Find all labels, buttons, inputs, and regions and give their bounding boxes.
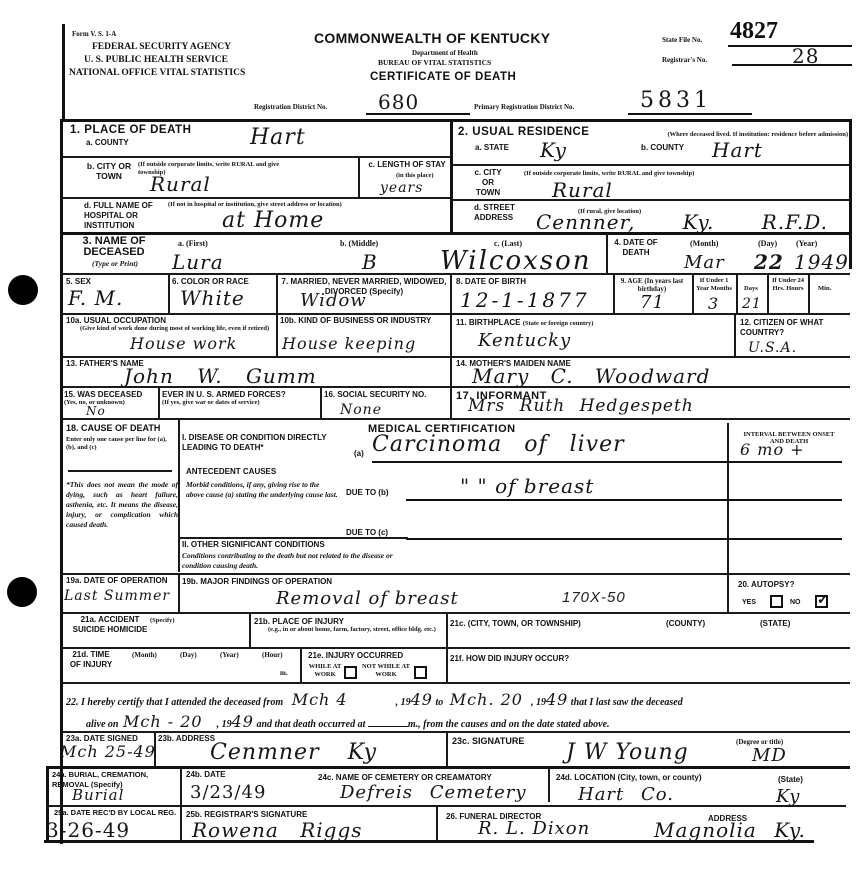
divider [808, 273, 810, 314]
burial-value: Burial [72, 786, 124, 804]
divider [62, 731, 850, 733]
operation-findings-value: Removal of breast [276, 588, 459, 609]
divider [300, 647, 302, 682]
ur-state-value: Ky [540, 138, 567, 162]
funeral-address-value: Magnolia Ky. [654, 818, 806, 842]
certify-text-4: , 19 [531, 697, 546, 708]
injury-county-label: (COUNTY) [666, 619, 705, 629]
form-left-border [60, 119, 63, 844]
antecedent-label: ANTECEDENT CAUSES [186, 467, 276, 477]
minutes-label: Min. [818, 285, 831, 293]
divider [178, 537, 408, 539]
certify-text-2: , 19 [396, 697, 411, 708]
form-number: Form V. S. 1-A [72, 30, 116, 38]
agency-line-2: U. S. PUBLIC HEALTH SERVICE [84, 55, 228, 65]
informant-value: Mrs Ruth Hedgespeth [468, 396, 694, 416]
physician-signature[interactable]: J W Young [566, 740, 689, 765]
birthplace-label-text: 11. BIRTHPLACE [456, 318, 520, 327]
divider [358, 156, 360, 198]
ur-city-label: c. CITY OR TOWN [470, 168, 506, 198]
not-while-at-work-checkbox[interactable] [414, 666, 427, 679]
attended-from-value: Mch 4 [292, 690, 348, 709]
divider [450, 273, 452, 418]
attended-to-value: Mch. 20 [450, 690, 523, 709]
pod-hospital-label: d. FULL NAME OF HOSPITAL OR INSTITUTION [84, 201, 166, 231]
cemetery-value: Defreis Cemetery [340, 782, 527, 803]
father-value: John W. Gumm [124, 364, 317, 388]
pod-city-label: b. CITY OR TOWN [84, 161, 134, 181]
department-name: Department of Health [412, 49, 478, 57]
divider [548, 766, 550, 802]
ssn-label: 16. SOCIAL SECURITY NO. [324, 390, 446, 400]
cause-a-label: (a) [354, 449, 364, 459]
business-label: 10b. KIND OF BUSINESS OR INDUSTRY [280, 316, 446, 326]
birthplace-label: 11. BIRTHPLACE (State or foreign country… [456, 318, 593, 328]
autopsy-yes-checkbox[interactable] [770, 595, 783, 608]
pod-stay-label: c. LENGTH OF STAY [366, 160, 448, 170]
injury-city-label: 21c. (CITY, TOWN, OR TOWNSHIP) [450, 619, 581, 629]
address-label: 23b. ADDRESS [158, 734, 215, 744]
state-file-number: 4827 [730, 18, 778, 45]
ur-street-value: Cennner, Ky. R.F.D. [536, 210, 828, 234]
injury-state-label: (STATE) [760, 619, 790, 629]
injury-month-label: (Month) [132, 651, 157, 659]
address-value: Cenmner Ky [210, 740, 377, 765]
divider [734, 313, 736, 357]
divider [62, 647, 850, 649]
months-value: 3 [708, 294, 719, 313]
location-value: Hart Co. [578, 784, 674, 805]
divider [249, 612, 251, 648]
armed-note-2: (If yes, give war or dates of service) [162, 399, 260, 407]
autopsy-no-label: NO [790, 598, 801, 608]
divider [62, 418, 850, 420]
ssn-value: None [340, 402, 382, 418]
occupation-value: House work [130, 334, 237, 353]
dob-value: 12-1-1877 [460, 288, 590, 312]
date-received-label: 25a. DATE REC'D BY LOCAL REG. [54, 808, 178, 818]
how-injury-label: 21f. HOW DID INJURY OCCUR? [450, 654, 569, 664]
pod-county-value: Hart [250, 125, 306, 150]
primary-district-line [628, 113, 752, 115]
divider [62, 356, 850, 358]
months-label: If Under 1 Year Months [694, 277, 734, 293]
name-first-value: Lura [172, 250, 224, 274]
divider [62, 573, 850, 575]
name-first-label: a. (First) [178, 240, 208, 248]
registrar-no-line [732, 64, 852, 66]
autopsy-yes-label: YES [742, 598, 756, 608]
dod-year-value: 1949 [794, 250, 849, 274]
accident-specify: (Specify) [150, 617, 175, 625]
divider [46, 766, 850, 769]
primary-district-value: 5831 [640, 88, 712, 113]
divider [727, 423, 729, 613]
cause-c-line [406, 538, 842, 540]
divider [62, 682, 850, 684]
name-type-note: (Type or Print) [92, 259, 138, 268]
form-right-border [849, 119, 852, 269]
certify-text-6: alive on [86, 719, 119, 730]
mother-value: Mary C. Woodward [472, 364, 710, 388]
punch-hole-bottom [7, 577, 37, 607]
name-middle-value: B [362, 250, 378, 274]
ur-street-label: d. STREET ADDRESS [474, 203, 524, 223]
cause-a-value: Carcinoma of liver [372, 432, 625, 457]
cause-b-line [406, 499, 842, 501]
cause-note-rule [68, 470, 172, 472]
degree-value: MD [752, 745, 787, 766]
alive-on-year: 49 [232, 712, 254, 731]
injury-m-label: m. [280, 669, 288, 677]
certificate-title: CERTIFICATE OF DEATH [370, 71, 516, 83]
certify-text-7: , 19 [217, 719, 232, 730]
dod-label: 4. DATE OF DEATH [614, 238, 658, 258]
divider [178, 573, 180, 613]
divider [154, 731, 156, 767]
certify-line-2: alive on Mch - 20, 1949 and that death o… [86, 712, 610, 731]
ur-county-label: b. COUNTY [641, 143, 684, 153]
agency-line-1: FEDERAL SECURITY AGENCY [92, 42, 231, 52]
injury-occurred-label: 21e. INJURY OCCURRED [308, 651, 403, 661]
while-at-work-checkbox[interactable] [344, 666, 357, 679]
agency-line-3: NATIONAL OFFICE VITAL STATISTICS [69, 68, 245, 78]
dod-day-label: (Day) [758, 240, 777, 248]
date-received-value: 3-26-49 [46, 818, 130, 842]
form-top-border [60, 119, 850, 122]
divider [62, 197, 450, 199]
cause-a-line [372, 461, 842, 463]
while-at-work-label: WHILE AT WORK [306, 663, 344, 679]
autopsy-no-checkbox[interactable]: ✓ [815, 595, 828, 608]
divider [180, 766, 182, 842]
certify-text-9: m., from the causes and on the date stat… [408, 719, 610, 730]
days-value: 21 [742, 296, 762, 312]
other-conditions-label: II. OTHER SIGNIFICANT CONDITIONS [182, 540, 325, 550]
divider [446, 731, 448, 767]
operation-findings-note: 170X-50 [562, 589, 626, 606]
divider [452, 199, 849, 201]
direct-cause-label: I. DISEASE OR CONDITION DIRECTLY LEADING… [182, 433, 342, 453]
ur-city-note: (If outside corporate limits, write RURA… [524, 170, 694, 178]
cause-b-value: " " of breast [460, 474, 594, 498]
hours-label: If Under 24 Hrs. Hours [770, 277, 806, 293]
primary-district-label: Primary Registration District No. [474, 103, 574, 111]
registrar-no-label: Registrar's No. [662, 56, 707, 64]
pod-county-label: a. COUNTY [86, 138, 129, 148]
citizen-label: 12. CITIZEN OF WHAT COUNTRY? [740, 318, 844, 338]
injury-day-label: (Day) [180, 651, 197, 659]
divider [767, 273, 769, 314]
burial-date-value: 3/23/49 [190, 782, 266, 803]
cause-footnote: *This does not mean the mode of dying, s… [66, 480, 178, 530]
place-of-injury-note: (e.g., in or about home, farm, factory, … [268, 626, 448, 634]
time-of-injury-label: 21d. TIME OF INJURY [68, 650, 114, 670]
location-label: 24d. LOCATION (City, town, or county) [556, 773, 701, 783]
sex-value: F. M. [68, 286, 123, 310]
ur-county-value: Hart [712, 138, 763, 162]
divider [158, 386, 160, 418]
registration-district-line [366, 113, 470, 115]
usual-residence-title: 2. USUAL RESIDENCE [458, 126, 589, 138]
injury-year-label: (Year) [220, 651, 239, 659]
funeral-director-value: R. L. Dixon [478, 818, 590, 839]
citizen-value: U.S.A. [748, 340, 797, 356]
header-left-border [62, 24, 65, 120]
dob-label: 8. DATE OF BIRTH [456, 277, 526, 287]
cause-of-death-label: 18. CAUSE OF DEATH [66, 423, 160, 433]
pod-hospital-value: at Home [222, 208, 324, 233]
antecedent-note: Morbid conditions, if any, giving rise t… [186, 480, 338, 500]
not-while-at-work-label: NOT WHILE AT WORK [360, 663, 412, 679]
registrar-signature-value: Rowena Riggs [192, 818, 363, 842]
punch-hole-top [8, 275, 38, 305]
divider [62, 273, 850, 275]
dod-year-label: (Year) [796, 240, 817, 248]
operation-date-label: 19a. DATE OF OPERATION [66, 576, 176, 586]
divider [62, 313, 850, 315]
certify-text-1: 22. I hereby certify that I attended the… [66, 697, 283, 708]
registration-district-label: Registration District No. [254, 103, 327, 111]
ur-state-label: a. STATE [475, 143, 509, 153]
place-of-death-title: 1. PLACE OF DEATH [70, 124, 191, 136]
accident-label: 21a. ACCIDENT SUICIDE HOMICIDE [70, 615, 150, 635]
signature-label: 23c. SIGNATURE [452, 736, 524, 746]
divider [178, 418, 180, 572]
interval-value: 6 mo + [740, 440, 805, 459]
occupation-note: (Give kind of work done during most of w… [80, 325, 274, 333]
check-mark-icon: ✓ [817, 591, 829, 608]
birthplace-note: (State or foreign country) [523, 320, 594, 327]
burial-date-label: 24b. DATE [186, 770, 225, 780]
cause-b-label: DUE TO (b) [346, 488, 389, 498]
divider [436, 805, 438, 842]
death-certificate: Form V. S. 1-A FEDERAL SECURITY AGENCY U… [0, 0, 864, 879]
state-file-label: State File No. [662, 36, 702, 44]
dod-day-value: 22 [754, 250, 784, 274]
section-1-2-divider [450, 119, 453, 235]
divider [613, 273, 615, 314]
injury-hour-label: (Hour) [262, 651, 283, 659]
certify-line-1: 22. I hereby certify that I attended the… [66, 690, 683, 709]
divider [606, 233, 608, 273]
divider [452, 164, 849, 166]
business-value: House keeping [282, 334, 416, 353]
operation-findings-label: 19b. MAJOR FINDINGS OF OPERATION [182, 577, 332, 587]
burial-state-value: Ky [776, 786, 800, 807]
days-label: Days [744, 285, 758, 293]
divider [276, 273, 278, 357]
race-value: White [180, 286, 245, 310]
certify-text-5: that I last saw the deceased [571, 697, 683, 708]
date-signed-value: Mch 25-49 [60, 742, 156, 761]
burial-state-label: (State) [778, 775, 803, 785]
registration-district-value: 680 [378, 90, 419, 114]
bureau-name: BUREAU OF VITAL STATISTICS [378, 58, 491, 67]
alive-on-value: Mch - 20 [123, 712, 203, 731]
age-label: 9. AGE (In years last birthday) [616, 277, 688, 293]
marital-value: Widow [300, 290, 367, 311]
certify-text-3: to [435, 697, 443, 708]
divider [46, 805, 846, 807]
operation-date-value: Last Summer [64, 588, 170, 604]
name-middle-label: b. (Middle) [340, 240, 378, 248]
pod-city-value: Rural [150, 172, 211, 196]
divider [320, 386, 322, 418]
cause-note: Enter only one cause per line for (a), (… [66, 436, 176, 452]
dod-month-label: (Month) [690, 240, 718, 248]
divider [62, 156, 450, 158]
divider [62, 612, 850, 614]
pod-stay-note: (in this place) [396, 172, 434, 180]
divider [168, 273, 170, 314]
pod-stay-value: years [380, 180, 423, 196]
attended-to-year: 49 [546, 690, 568, 709]
divider [736, 273, 738, 314]
autopsy-label: 20. AUTOPSY? [738, 580, 794, 590]
document-title: COMMONWEALTH OF KENTUCKY [314, 30, 550, 46]
attended-from-year: 49 [411, 690, 433, 709]
name-last-value: Wilcoxson [440, 246, 592, 276]
state-file-line [728, 45, 852, 47]
birthplace-value: Kentucky [478, 330, 571, 351]
dod-month-value: Mar [684, 252, 725, 273]
age-value: 71 [640, 292, 665, 313]
certify-text-8: and that death occurred at [256, 719, 365, 730]
other-conditions-note: Conditions contributing to the death but… [182, 551, 422, 571]
divider [62, 386, 850, 388]
name-title: 3. NAME OF DECEASED [66, 236, 162, 258]
armed-forces-value: No [86, 404, 106, 418]
